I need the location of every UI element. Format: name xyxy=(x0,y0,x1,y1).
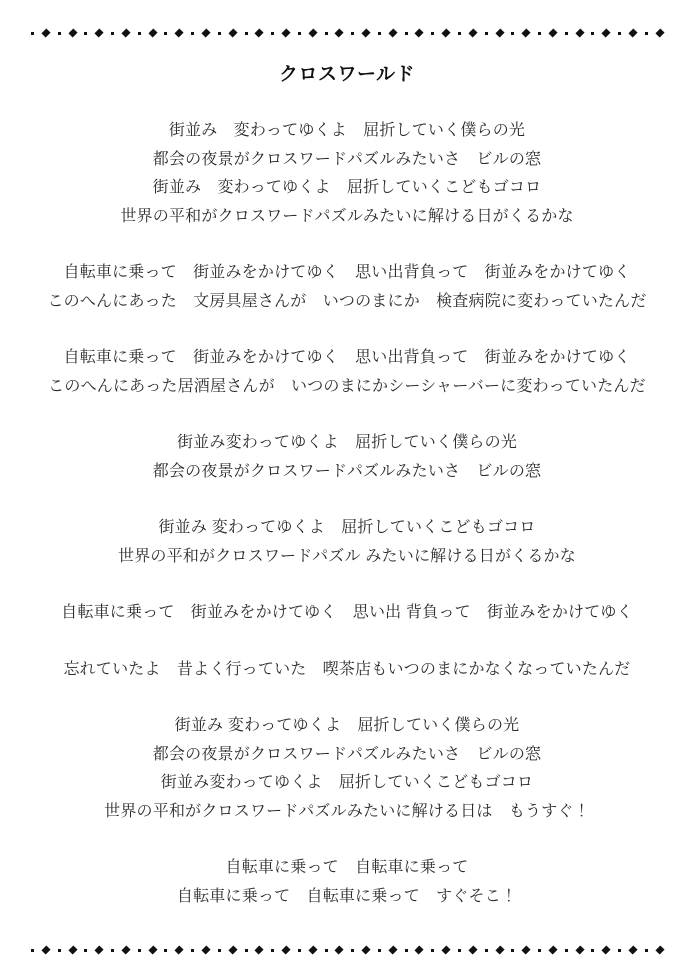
stanza: 街並み変わってゆくよ 屈折していく僕らの光都会の夜景がクロスワードパズルみたいさ… xyxy=(0,429,694,486)
dot-ornament-icon xyxy=(458,32,461,35)
page-title: クロスワールド xyxy=(0,63,694,87)
diamond-ornament-icon xyxy=(388,945,397,954)
decorative-border-bottom xyxy=(31,945,663,955)
dot-ornament-icon xyxy=(84,949,87,952)
lyric-line: 自転車に乗って 自転車に乗って xyxy=(0,854,694,883)
diamond-ornament-icon xyxy=(281,945,290,954)
dot-ornament-icon xyxy=(378,949,381,952)
diamond-ornament-icon xyxy=(41,945,50,954)
dot-ornament-icon xyxy=(538,32,541,35)
dot-ornament-icon xyxy=(298,949,301,952)
diamond-ornament-icon xyxy=(95,28,104,37)
diamond-ornament-icon xyxy=(281,28,290,37)
stanza: 忘れていたよ 昔よく行っていた 喫茶店もいつのまにかなくなっていたんだ xyxy=(0,656,694,685)
diamond-ornament-icon xyxy=(362,28,371,37)
lyric-line: 自転車に乗って 街並みをかけてゆく 思い出背負って 街並みをかけてゆく xyxy=(0,344,694,373)
dot-ornament-icon xyxy=(245,32,248,35)
dot-ornament-icon xyxy=(565,949,568,952)
diamond-ornament-icon xyxy=(175,945,184,954)
dot-ornament-icon xyxy=(31,949,34,952)
lyric-line: 自転車に乗って 街並みをかけてゆく 思い出 背負って 街並みをかけてゆく xyxy=(0,599,694,628)
diamond-ornament-icon xyxy=(308,945,317,954)
dot-ornament-icon xyxy=(325,949,328,952)
dot-ornament-icon xyxy=(164,32,167,35)
diamond-ornament-icon xyxy=(148,945,157,954)
diamond-ornament-icon xyxy=(388,28,397,37)
lyric-line: 街並み変わってゆくよ 屈折していくこどもゴコロ xyxy=(0,769,694,798)
dot-ornament-icon xyxy=(645,32,648,35)
lyrics-document-page: クロスワールド 街並み 変わってゆくよ 屈折していく僕らの光都会の夜景がクロスワ… xyxy=(0,0,694,980)
stanza: 自転車に乗って 街並みをかけてゆく 思い出背負って 街並みをかけてゆくこのへんに… xyxy=(0,344,694,401)
stanza: 街並み 変わってゆくよ 屈折していくこどもゴコロ世界の平和がクロスワードパズル … xyxy=(0,514,694,571)
stanza: 街並み 変わってゆくよ 屈折していく僕らの光都会の夜景がクロスワードパズルみたい… xyxy=(0,712,694,826)
dot-ornament-icon xyxy=(565,32,568,35)
diamond-ornament-icon xyxy=(442,28,451,37)
diamond-ornament-icon xyxy=(201,945,210,954)
diamond-ornament-icon xyxy=(335,28,344,37)
diamond-ornament-icon xyxy=(362,945,371,954)
stanza: 自転車に乗って 自転車に乗って自転車に乗って 自転車に乗って すぐそこ！ xyxy=(0,854,694,911)
lyric-line: 街並み変わってゆくよ 屈折していく僕らの光 xyxy=(0,429,694,458)
lyric-line: このへんにあった 文房具屋さんが いつのまにか 検査病院に変わっていたんだ xyxy=(0,288,694,317)
diamond-ornament-icon xyxy=(415,28,424,37)
dot-ornament-icon xyxy=(431,32,434,35)
dot-ornament-icon xyxy=(485,32,488,35)
diamond-ornament-icon xyxy=(175,28,184,37)
lyric-line: 街並み 変わってゆくよ 屈折していくこどもゴコロ xyxy=(0,514,694,543)
diamond-ornament-icon xyxy=(308,28,317,37)
dot-ornament-icon xyxy=(325,32,328,35)
stanza: 自転車に乗って 街並みをかけてゆく 思い出 背負って 街並みをかけてゆく xyxy=(0,599,694,628)
dot-ornament-icon xyxy=(405,949,408,952)
diamond-ornament-icon xyxy=(655,945,664,954)
diamond-ornament-icon xyxy=(575,28,584,37)
diamond-ornament-icon xyxy=(575,945,584,954)
diamond-ornament-icon xyxy=(468,28,477,37)
lyric-line: 忘れていたよ 昔よく行っていた 喫茶店もいつのまにかなくなっていたんだ xyxy=(0,656,694,685)
dot-ornament-icon xyxy=(458,949,461,952)
lyric-line: 自転車に乗って 自転車に乗って すぐそこ！ xyxy=(0,883,694,912)
dot-ornament-icon xyxy=(591,949,594,952)
diamond-ornament-icon xyxy=(442,945,451,954)
diamond-ornament-icon xyxy=(468,945,477,954)
diamond-ornament-icon xyxy=(41,28,50,37)
dot-ornament-icon xyxy=(431,949,434,952)
dot-ornament-icon xyxy=(218,949,221,952)
diamond-ornament-icon xyxy=(628,945,637,954)
diamond-ornament-icon xyxy=(602,28,611,37)
dot-ornament-icon xyxy=(485,949,488,952)
dot-ornament-icon xyxy=(138,949,141,952)
lyric-line: 都会の夜景がクロスワードパズルみたいさ ビルの窓 xyxy=(0,741,694,770)
diamond-ornament-icon xyxy=(602,945,611,954)
dot-ornament-icon xyxy=(351,32,354,35)
dot-ornament-icon xyxy=(138,32,141,35)
decorative-border-top xyxy=(31,28,663,38)
diamond-ornament-icon xyxy=(68,28,77,37)
dot-ornament-icon xyxy=(271,32,274,35)
lyric-line: 街並み 変わってゆくよ 屈折していく僕らの光 xyxy=(0,712,694,741)
dot-ornament-icon xyxy=(298,32,301,35)
diamond-ornament-icon xyxy=(121,28,130,37)
lyric-line: 街並み 変わってゆくよ 屈折していく僕らの光 xyxy=(0,117,694,146)
diamond-ornament-icon xyxy=(495,945,504,954)
diamond-ornament-icon xyxy=(655,28,664,37)
diamond-ornament-icon xyxy=(121,945,130,954)
dot-ornament-icon xyxy=(378,32,381,35)
lyric-line: 世界の平和がクロスワードパズルみたいに解ける日がくるかな xyxy=(0,203,694,232)
dot-ornament-icon xyxy=(111,32,114,35)
diamond-ornament-icon xyxy=(148,28,157,37)
dot-ornament-icon xyxy=(31,32,34,35)
stanza: 街並み 変わってゆくよ 屈折していく僕らの光都会の夜景がクロスワードパズルみたい… xyxy=(0,117,694,231)
lyric-line: 都会の夜景がクロスワードパズルみたいさ ビルの窓 xyxy=(0,458,694,487)
diamond-ornament-icon xyxy=(522,28,531,37)
lyric-line: 自転車に乗って 街並みをかけてゆく 思い出背負って 街並みをかけてゆく xyxy=(0,259,694,288)
diamond-ornament-icon xyxy=(522,945,531,954)
dot-ornament-icon xyxy=(218,32,221,35)
diamond-ornament-icon xyxy=(68,945,77,954)
dot-ornament-icon xyxy=(618,32,621,35)
stanza: 自転車に乗って 街並みをかけてゆく 思い出背負って 街並みをかけてゆくこのへんに… xyxy=(0,259,694,316)
dot-ornament-icon xyxy=(271,949,274,952)
dot-ornament-icon xyxy=(191,949,194,952)
dot-ornament-icon xyxy=(84,32,87,35)
dot-ornament-icon xyxy=(511,949,514,952)
diamond-ornament-icon xyxy=(255,28,264,37)
dot-ornament-icon xyxy=(245,949,248,952)
lyrics: 街並み 変わってゆくよ 屈折していく僕らの光都会の夜景がクロスワードパズルみたい… xyxy=(0,117,694,939)
dot-ornament-icon xyxy=(111,949,114,952)
dot-ornament-icon xyxy=(58,32,61,35)
diamond-ornament-icon xyxy=(201,28,210,37)
diamond-ornament-icon xyxy=(228,945,237,954)
dot-ornament-icon xyxy=(58,949,61,952)
dot-ornament-icon xyxy=(351,949,354,952)
dot-ornament-icon xyxy=(191,32,194,35)
lyric-line: 都会の夜景がクロスワードパズルみたいさ ビルの窓 xyxy=(0,146,694,175)
dot-ornament-icon xyxy=(538,949,541,952)
dot-ornament-icon xyxy=(405,32,408,35)
dot-ornament-icon xyxy=(645,949,648,952)
diamond-ornament-icon xyxy=(95,945,104,954)
diamond-ornament-icon xyxy=(548,28,557,37)
diamond-ornament-icon xyxy=(228,28,237,37)
diamond-ornament-icon xyxy=(628,28,637,37)
diamond-ornament-icon xyxy=(255,945,264,954)
diamond-ornament-icon xyxy=(548,945,557,954)
dot-ornament-icon xyxy=(591,32,594,35)
diamond-ornament-icon xyxy=(495,28,504,37)
lyric-line: このへんにあった居酒屋さんが いつのまにかシーシャーバーに変わっていたんだ xyxy=(0,373,694,402)
lyric-line: 世界の平和がクロスワードパズル みたいに解ける日がくるかな xyxy=(0,543,694,572)
dot-ornament-icon xyxy=(618,949,621,952)
lyric-line: 世界の平和がクロスワードパズルみたいに解ける日は もうすぐ！ xyxy=(0,798,694,827)
diamond-ornament-icon xyxy=(415,945,424,954)
diamond-ornament-icon xyxy=(335,945,344,954)
dot-ornament-icon xyxy=(164,949,167,952)
lyric-line: 街並み 変わってゆくよ 屈折していくこどもゴコロ xyxy=(0,174,694,203)
dot-ornament-icon xyxy=(511,32,514,35)
